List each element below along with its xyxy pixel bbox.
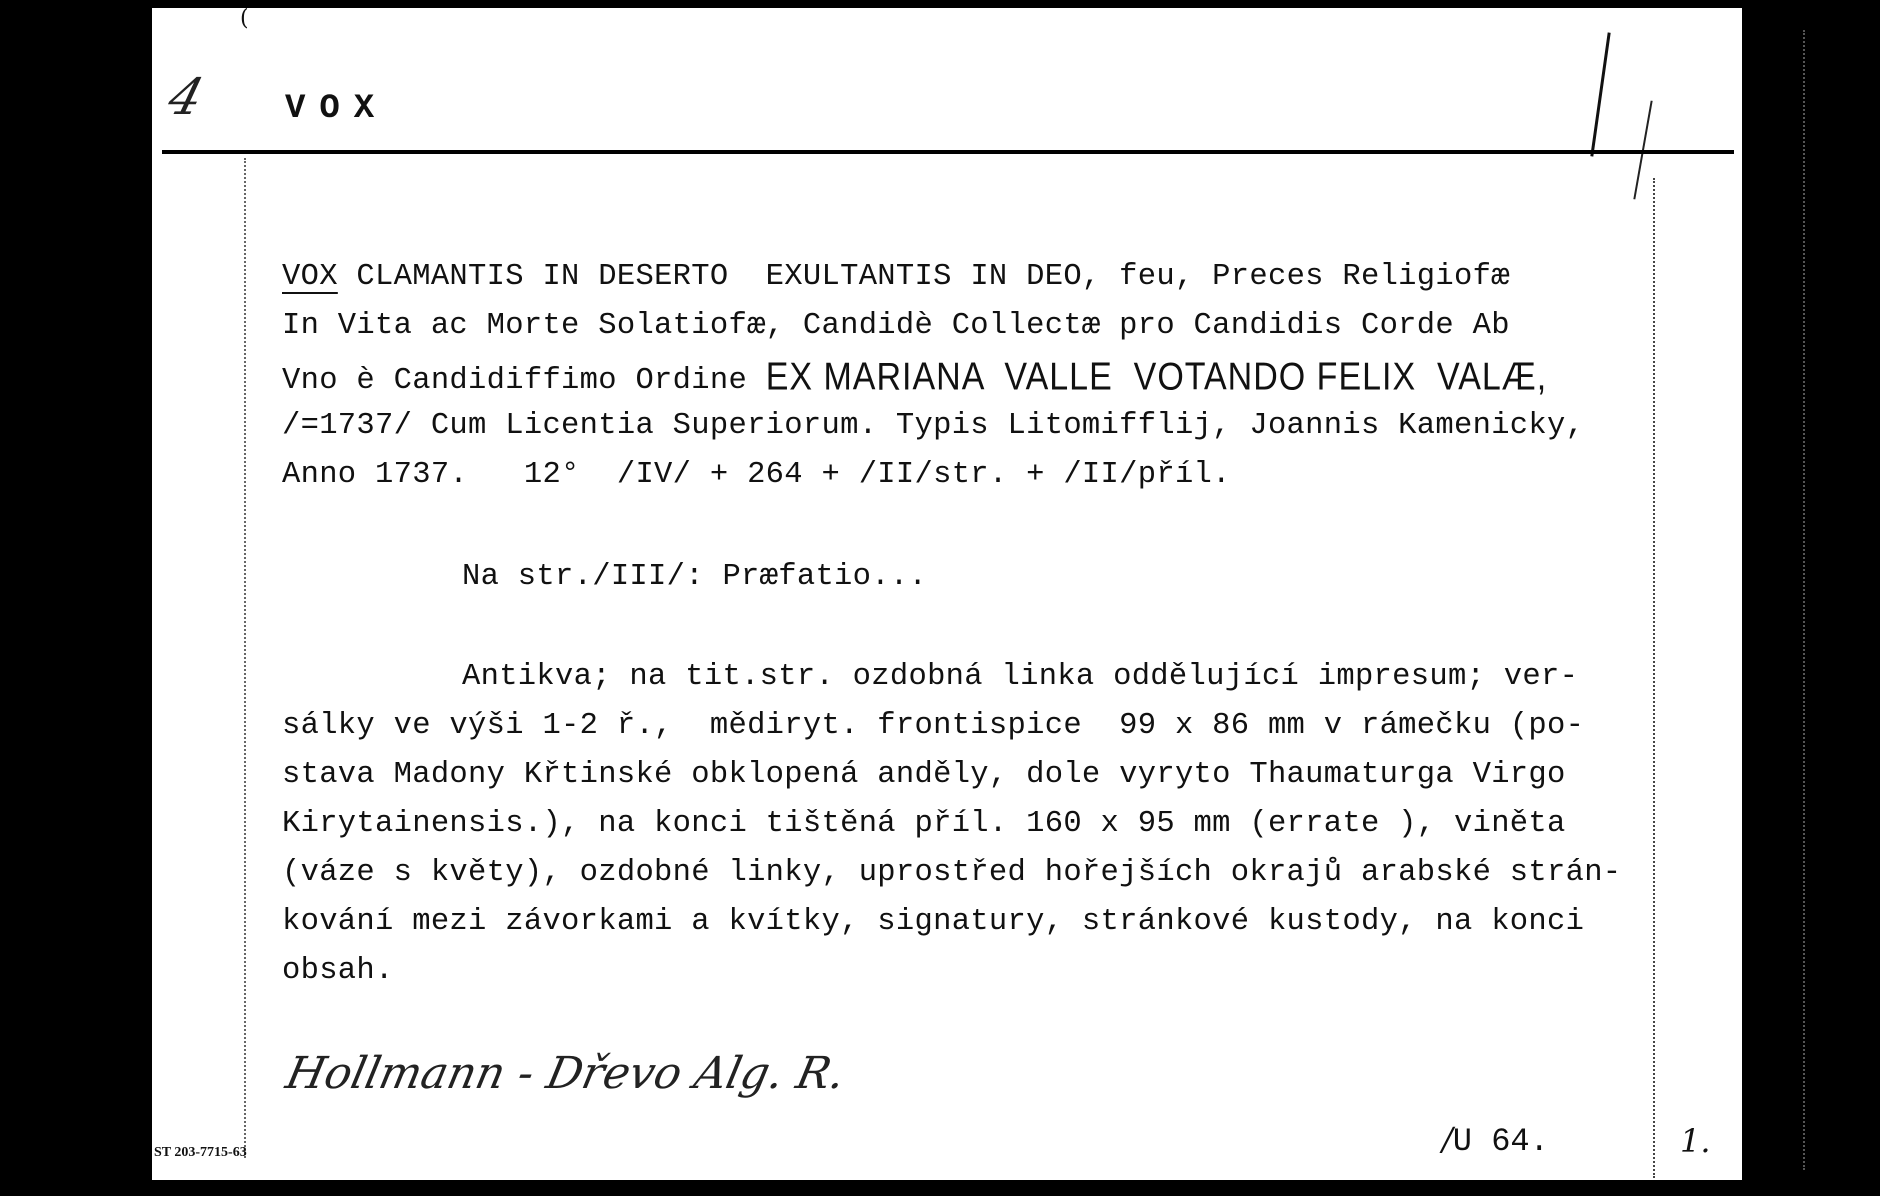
- preface-note: Na str./III/: Præfatio...: [462, 560, 927, 594]
- handwritten-reference: Hollmann - Dřevo Alg. R.: [282, 1048, 850, 1099]
- marginal-number: 4: [162, 68, 209, 126]
- shelfmark: /U 64.: [1442, 1120, 1549, 1160]
- header-divider: [162, 150, 1734, 154]
- pen-stroke-mark: [1590, 32, 1610, 156]
- description-line: stava Madony Křtinské obklopená anděly, …: [282, 758, 1566, 792]
- description-line: Kirytainensis.), na konci tištěná příl. …: [282, 807, 1566, 841]
- card-heading: VOX: [285, 90, 388, 128]
- description-line: sálky ve výši 1-2 ř., mědiryt. frontispi…: [282, 709, 1584, 743]
- left-margin-guide: [244, 158, 246, 1158]
- description-line: Antikva; na tit.str. ozdobná linka odděl…: [462, 660, 1578, 694]
- description-line: kování mezi závorkami a kvítky, signatur…: [282, 905, 1584, 939]
- pen-tick-mark: (: [240, 6, 249, 31]
- title-line: Vno è Candidiffimo Ordine EX MARIANA VAL…: [282, 358, 1547, 398]
- imprint-line: Anno 1737. 12° /IV/ + 264 + /II/str. + /…: [282, 458, 1231, 492]
- card-number: 1.: [1680, 1122, 1711, 1160]
- print-form-code: ST 203-7715-63: [154, 1145, 247, 1161]
- chronogram-motto: EX MARIANA VALLE VOTANDO FELIX VALÆ,: [766, 355, 1548, 400]
- scan-noise-edge: [1803, 30, 1805, 1170]
- title-line: In Vita ac Morte Solatiofæ, Candidè Coll…: [282, 309, 1510, 343]
- description-line: (váze s květy), ozdobné linky, uprostřed…: [282, 856, 1621, 890]
- right-margin-guide: [1653, 178, 1655, 1178]
- title-line: /=1737/ Cum Licentia Superiorum. Typis L…: [282, 409, 1584, 443]
- entry-keyword: VOX: [282, 260, 338, 294]
- title-line: VOX CLAMANTIS IN DESERTO EXULTANTIS IN D…: [282, 260, 1510, 294]
- description-line: obsah.: [282, 954, 394, 988]
- catalog-card: ( 4 VOX VOX CLAMANTIS IN DESERTO EXULTAN…: [152, 8, 1742, 1180]
